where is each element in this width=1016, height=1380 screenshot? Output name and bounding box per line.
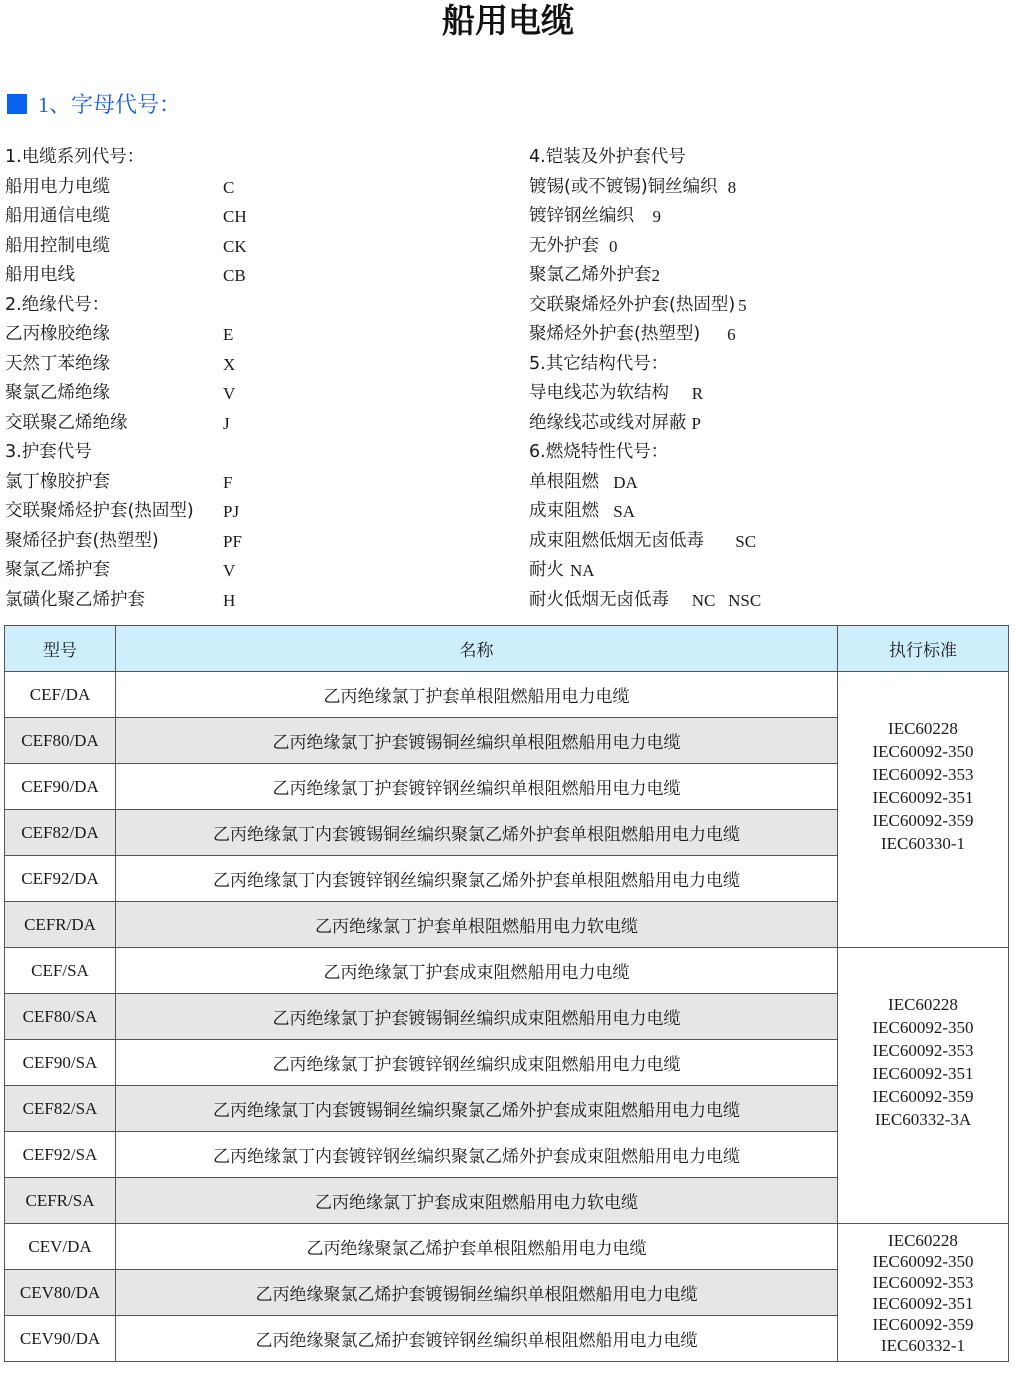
standard-line: IEC60228 — [838, 717, 1008, 740]
code-value: CK — [223, 232, 247, 262]
model-cell: CEFR/DA — [5, 902, 116, 948]
name-cell: 乙丙绝缘聚氯乙烯护套单根阻燃船用电力电缆 — [116, 1224, 838, 1270]
code-line: 导电线芯为软结构 R — [529, 379, 1009, 409]
code-line: 成束阻燃 SA — [529, 497, 1009, 527]
code-line: 氯磺化聚乙烯护套H — [5, 586, 505, 616]
page-title: 船用电缆 — [0, 0, 1016, 42]
name-cell: 乙丙绝缘氯丁内套镀锡铜丝编织聚氯乙烯外护套成束阻燃船用电力电缆 — [116, 1086, 838, 1132]
code-label: 2.绝缘代号： — [5, 291, 109, 321]
table-row: CEV/DA 乙丙绝缘聚氯乙烯护套单根阻燃船用电力电缆 IEC60228 IEC… — [5, 1224, 1009, 1270]
standard-line: IEC60332-3A — [838, 1108, 1008, 1131]
square-bullet-icon — [7, 94, 27, 114]
section-label: 字母代号： — [71, 88, 181, 119]
code-value: 5 — [738, 291, 747, 321]
code-label: 船用电线 — [5, 261, 75, 291]
code-label: 船用通信电缆 — [5, 202, 110, 232]
name-cell: 乙丙绝缘氯丁护套成束阻燃船用电力电缆 — [116, 948, 838, 994]
standard-line: IEC60092-359 — [838, 809, 1008, 832]
code-line: 4.铠装及外护套代号 — [529, 143, 1009, 173]
code-label: 乙丙橡胶绝缘 — [5, 320, 110, 350]
code-line: 绝缘线芯或线对屏蔽P — [529, 409, 1009, 439]
code-value: P — [692, 409, 701, 439]
code-label: 交联聚烯烃护套(热固型) — [5, 497, 194, 527]
name-cell: 乙丙绝缘氯丁护套镀锌钢丝编织单根阻燃船用电力电缆 — [116, 764, 838, 810]
code-value: DA — [609, 468, 638, 498]
code-label: 成束阻燃低烟无卤低毒 — [529, 527, 704, 557]
codes-left-column: 1.电缆系列代号： 船用电力电缆C 船用通信电缆CH 船用控制电缆CK 船用电线… — [5, 143, 505, 615]
code-value: X — [223, 350, 235, 380]
code-label: 氯丁橡胶护套 — [5, 468, 110, 498]
code-value: 2 — [652, 261, 661, 291]
code-label: 绝缘线芯或线对屏蔽 — [529, 409, 687, 439]
code-label: 成束阻燃 — [529, 497, 599, 527]
code-value: F — [223, 468, 232, 498]
code-value: 0 — [609, 232, 618, 262]
standard-line: IEC60092-350 — [838, 1251, 1008, 1272]
code-label: 交联聚乙烯绝缘 — [5, 409, 128, 439]
code-line: 船用电线CB — [5, 261, 505, 291]
standard-line: IEC60092-350 — [838, 1016, 1008, 1039]
code-line: 5.其它结构代号： — [529, 350, 1009, 380]
section-heading: 1、 字母代号： — [7, 88, 181, 119]
name-cell: 乙丙绝缘氯丁内套镀锌钢丝编织聚氯乙烯外护套单根阻燃船用电力电缆 — [116, 856, 838, 902]
code-label: 船用电力电缆 — [5, 173, 110, 203]
section-number: 1、 — [38, 88, 71, 119]
code-label: 无外护套 — [529, 232, 599, 262]
code-value: V — [223, 556, 235, 586]
standard-line: IEC60092-351 — [838, 1062, 1008, 1085]
code-label: 聚烯烃外护套(热塑型) — [529, 320, 700, 350]
standard-line: IEC60330-1 — [838, 832, 1008, 855]
model-cell: CEV/DA — [5, 1224, 116, 1270]
standard-line: IEC60092-353 — [838, 763, 1008, 786]
name-cell: 乙丙绝缘氯丁护套成束阻燃船用电力软电缆 — [116, 1178, 838, 1224]
standard-line: IEC60092-353 — [838, 1039, 1008, 1062]
name-cell: 乙丙绝缘氯丁护套单根阻燃船用电力电缆 — [116, 672, 838, 718]
code-label: 氯磺化聚乙烯护套 — [5, 586, 145, 616]
code-line: 聚烯径护套(热塑型)PF — [5, 527, 505, 557]
model-cell: CEFR/SA — [5, 1178, 116, 1224]
standard-cell: IEC60228 IEC60092-350 IEC60092-353 IEC60… — [838, 948, 1009, 1224]
code-label: 4.铠装及外护套代号 — [529, 143, 686, 173]
code-value: PJ — [223, 497, 239, 527]
name-cell: 乙丙绝缘氯丁护套镀锌钢丝编织成束阻燃船用电力电缆 — [116, 1040, 838, 1086]
model-cell: CEF/DA — [5, 672, 116, 718]
code-value: E — [223, 320, 233, 350]
code-label: 3.护套代号 — [5, 438, 92, 468]
code-line: 交联聚乙烯绝缘J — [5, 409, 505, 439]
standard-cell: IEC60228 IEC60092-350 IEC60092-353 IEC60… — [838, 672, 1009, 948]
model-cell: CEF92/SA — [5, 1132, 116, 1178]
code-label: 交联聚烯烃外护套(热固型) — [529, 291, 735, 321]
code-line: 单根阻燃 DA — [529, 468, 1009, 498]
code-line: 1.电缆系列代号： — [5, 143, 505, 173]
model-cell: CEF80/DA — [5, 718, 116, 764]
code-value: SC — [714, 527, 756, 557]
header-standard: 执行标准 — [838, 626, 1009, 672]
code-value: CB — [223, 261, 246, 291]
name-cell: 乙丙绝缘氯丁内套镀锌钢丝编织聚氯乙烯外护套成束阻燃船用电力电缆 — [116, 1132, 838, 1178]
code-label: 天然丁苯绝缘 — [5, 350, 110, 380]
name-cell: 乙丙绝缘氯丁内套镀锡铜丝编织聚氯乙烯外护套单根阻燃船用电力电缆 — [116, 810, 838, 856]
header-model: 型号 — [5, 626, 116, 672]
code-label: 聚氯乙烯护套 — [5, 556, 110, 586]
model-cell: CEV90/DA — [5, 1316, 116, 1362]
code-value: NC NSC — [679, 586, 761, 616]
code-label: 耐火 — [529, 556, 564, 586]
code-value: 6 — [710, 320, 736, 350]
code-label: 6.燃烧特性代号： — [529, 438, 668, 468]
code-line: 镀锌钢丝编织 9 — [529, 202, 1009, 232]
code-label: 聚氯乙烯绝缘 — [5, 379, 110, 409]
code-label: 镀锌钢丝编织 — [529, 202, 634, 232]
code-line: 聚氯乙烯护套V — [5, 556, 505, 586]
code-line: 交联聚烯烃护套(热固型)PJ — [5, 497, 505, 527]
code-line: 聚氯乙烯外护套2 — [529, 261, 1009, 291]
table-row: CEF/DA 乙丙绝缘氯丁护套单根阻燃船用电力电缆 IEC60228 IEC60… — [5, 672, 1009, 718]
table-header-row: 型号 名称 执行标准 — [5, 626, 1009, 672]
model-cell: CEF92/DA — [5, 856, 116, 902]
code-label: 耐火低烟无卤低毒 — [529, 586, 669, 616]
code-value: CH — [223, 202, 247, 232]
code-label: 聚氯乙烯外护套 — [529, 261, 652, 291]
model-cell: CEF90/SA — [5, 1040, 116, 1086]
code-value: SA — [609, 497, 635, 527]
code-line: 成束阻燃低烟无卤低毒 SC — [529, 527, 1009, 557]
code-line: 氯丁橡胶护套F — [5, 468, 505, 498]
table-row: CEF/SA 乙丙绝缘氯丁护套成束阻燃船用电力电缆 IEC60228 IEC60… — [5, 948, 1009, 994]
standard-line: IEC60092-351 — [838, 1293, 1008, 1314]
name-cell: 乙丙绝缘氯丁护套镀锡铜丝编织成束阻燃船用电力电缆 — [116, 994, 838, 1040]
code-value: NA — [570, 556, 595, 586]
code-value: C — [223, 173, 234, 203]
code-value: H — [223, 586, 235, 616]
name-cell: 乙丙绝缘聚氯乙烯护套镀锌钢丝编织单根阻燃船用电力电缆 — [116, 1316, 838, 1362]
standard-line: IEC60092-359 — [838, 1085, 1008, 1108]
standard-line: IEC60092-350 — [838, 740, 1008, 763]
code-label: 导电线芯为软结构 — [529, 379, 669, 409]
model-cell: CEF90/DA — [5, 764, 116, 810]
code-value: V — [223, 379, 235, 409]
standard-line: IEC60228 — [838, 1230, 1008, 1251]
code-line: 2.绝缘代号： — [5, 291, 505, 321]
name-cell: 乙丙绝缘氯丁护套镀锡铜丝编织单根阻燃船用电力电缆 — [116, 718, 838, 764]
code-label: 聚烯径护套(热塑型) — [5, 527, 159, 557]
code-line: 船用控制电缆CK — [5, 232, 505, 262]
codes-right-column: 4.铠装及外护套代号 镀锡(或不镀锡)铜丝编织8 镀锌钢丝编织 9 无外护套0 … — [529, 143, 1009, 615]
code-line: 耐火NA — [529, 556, 1009, 586]
code-line: 3.护套代号 — [5, 438, 505, 468]
model-cell: CEF82/DA — [5, 810, 116, 856]
code-label: 单根阻燃 — [529, 468, 599, 498]
code-line: 交联聚烯烃外护套(热固型)5 — [529, 291, 1009, 321]
code-label: 船用控制电缆 — [5, 232, 110, 262]
code-line: 耐火低烟无卤低毒 NC NSC — [529, 586, 1009, 616]
code-label: 5.其它结构代号： — [529, 350, 668, 380]
model-cell: CEF80/SA — [5, 994, 116, 1040]
code-line: 乙丙橡胶绝缘E — [5, 320, 505, 350]
standard-line: IEC60092-353 — [838, 1272, 1008, 1293]
code-line: 无外护套0 — [529, 232, 1009, 262]
standard-line: IEC60092-359 — [838, 1314, 1008, 1335]
product-table: 型号 名称 执行标准 CEF/DA 乙丙绝缘氯丁护套单根阻燃船用电力电缆 IEC… — [4, 625, 1009, 1362]
code-line: 船用通信电缆CH — [5, 202, 505, 232]
standard-line: IEC60228 — [838, 993, 1008, 1016]
header-name: 名称 — [116, 626, 838, 672]
code-line: 6.燃烧特性代号： — [529, 438, 1009, 468]
name-cell: 乙丙绝缘聚氯乙烯护套镀锡铜丝编织单根阻燃船用电力电缆 — [116, 1270, 838, 1316]
standard-cell: IEC60228 IEC60092-350 IEC60092-353 IEC60… — [838, 1224, 1009, 1362]
code-value: 9 — [644, 202, 661, 232]
code-line: 聚烯烃外护套(热塑型) 6 — [529, 320, 1009, 350]
code-line: 船用电力电缆C — [5, 173, 505, 203]
code-line: 天然丁苯绝缘X — [5, 350, 505, 380]
standard-line: IEC60092-351 — [838, 786, 1008, 809]
code-line: 镀锡(或不镀锡)铜丝编织8 — [529, 173, 1009, 203]
code-value: J — [223, 409, 230, 439]
standard-line: IEC60332-1 — [838, 1335, 1008, 1356]
code-value: 8 — [728, 173, 737, 203]
name-cell: 乙丙绝缘氯丁护套单根阻燃船用电力软电缆 — [116, 902, 838, 948]
code-value: R — [679, 379, 703, 409]
code-label: 1.电缆系列代号： — [5, 143, 144, 173]
model-cell: CEV80/DA — [5, 1270, 116, 1316]
code-label: 镀锡(或不镀锡)铜丝编织 — [529, 173, 718, 203]
model-cell: CEF82/SA — [5, 1086, 116, 1132]
code-value: PF — [223, 527, 242, 557]
code-line: 聚氯乙烯绝缘V — [5, 379, 505, 409]
model-cell: CEF/SA — [5, 948, 116, 994]
